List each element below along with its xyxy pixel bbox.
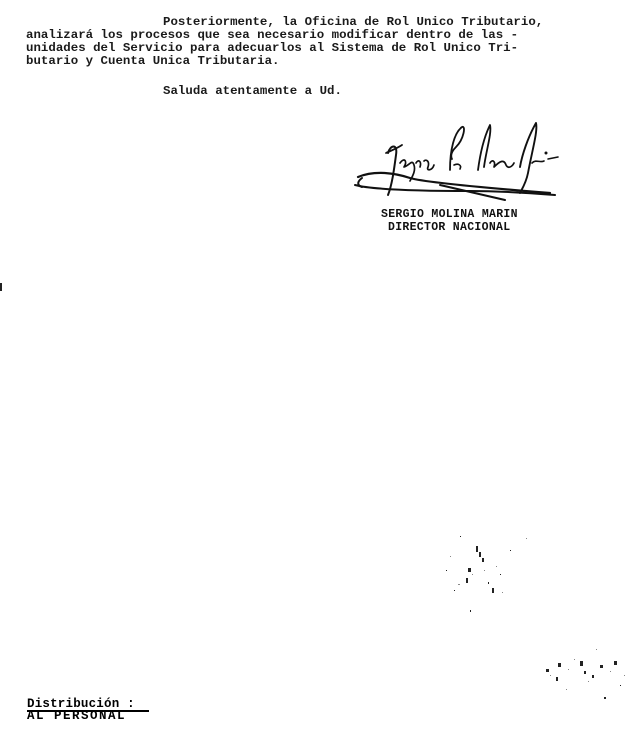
closing-salutation: Saluda atentamente a Ud. bbox=[163, 85, 342, 98]
distribution-value: AL PERSONAL bbox=[27, 709, 126, 723]
document-page: Posteriormente, la Oficina de Rol Unico … bbox=[0, 0, 630, 749]
body-line-4: butario y Cuenta Unica Tributaria. bbox=[26, 55, 280, 68]
scan-edge-mark bbox=[0, 283, 2, 291]
signatory-name: SERGIO MOLINA MARIN bbox=[381, 208, 518, 221]
scan-noise-upper bbox=[440, 530, 550, 630]
scan-noise-lower bbox=[540, 645, 630, 749]
handwritten-signature bbox=[350, 115, 560, 210]
signatory-title: DIRECTOR NACIONAL bbox=[388, 221, 510, 234]
